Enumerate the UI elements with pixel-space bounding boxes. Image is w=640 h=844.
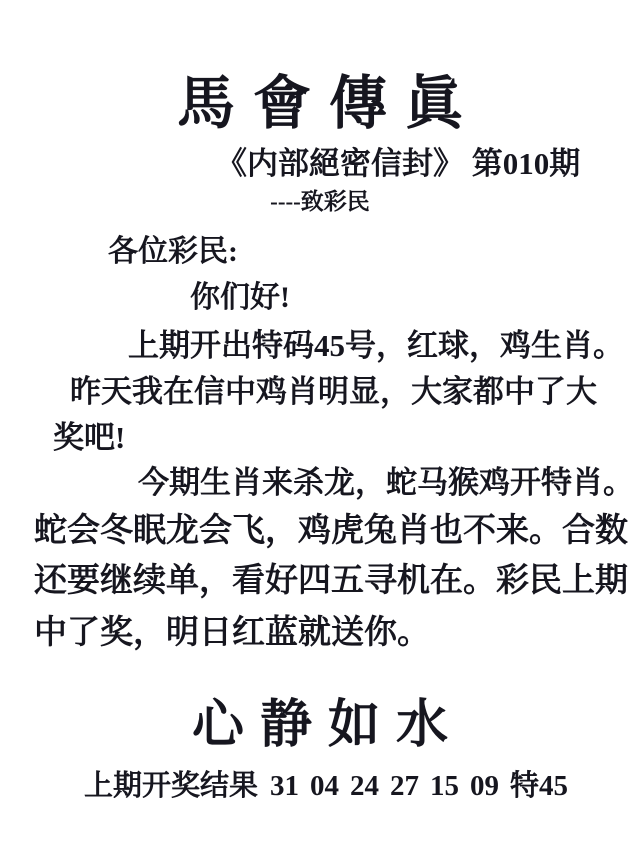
- result-number-3: 24: [350, 770, 379, 802]
- body-line-2: 昨天我在信中鸡肖明显，大家都中了大: [70, 366, 597, 411]
- body-line-4: 今期生肖来杀龙，蛇马猴鸡开特肖。: [138, 457, 634, 502]
- result-number-5: 15: [430, 770, 459, 802]
- body-line-7: 中了奖，明日红蓝就送你。: [34, 606, 430, 653]
- result-number-2: 04: [310, 770, 339, 802]
- document-title: 馬會傳眞: [0, 56, 640, 140]
- salutation: 各位彩民:: [108, 226, 238, 270]
- result-number-1: 31: [270, 770, 299, 802]
- result-line: 上期开奖结果310424271509特45: [84, 763, 568, 804]
- motto: 心静如水: [0, 682, 640, 757]
- result-special-number: 特45: [510, 770, 568, 802]
- greeting: 你们好!: [190, 272, 290, 316]
- body-line-3: 奖吧!: [53, 412, 125, 457]
- issue-line: 《内部絕密信封》 第010期: [216, 138, 580, 183]
- dedication-line: ----致彩民: [0, 183, 640, 216]
- body-line-1: 上期开出特码45号，红球，鸡生肖。: [128, 320, 624, 365]
- body-line-5: 蛇会冬眠龙会飞，鸡虎兔肖也不来。合数: [34, 504, 628, 551]
- body-line-6: 还要继续单，看好四五寻机在。彩民上期: [34, 554, 628, 601]
- fax-document-page: 馬會傳眞 《内部絕密信封》 第010期 ----致彩民 各位彩民: 你们好! 上…: [0, 0, 640, 844]
- result-label: 上期开奖结果: [84, 770, 258, 802]
- result-number-4: 27: [390, 770, 419, 802]
- result-number-6: 09: [470, 770, 499, 802]
